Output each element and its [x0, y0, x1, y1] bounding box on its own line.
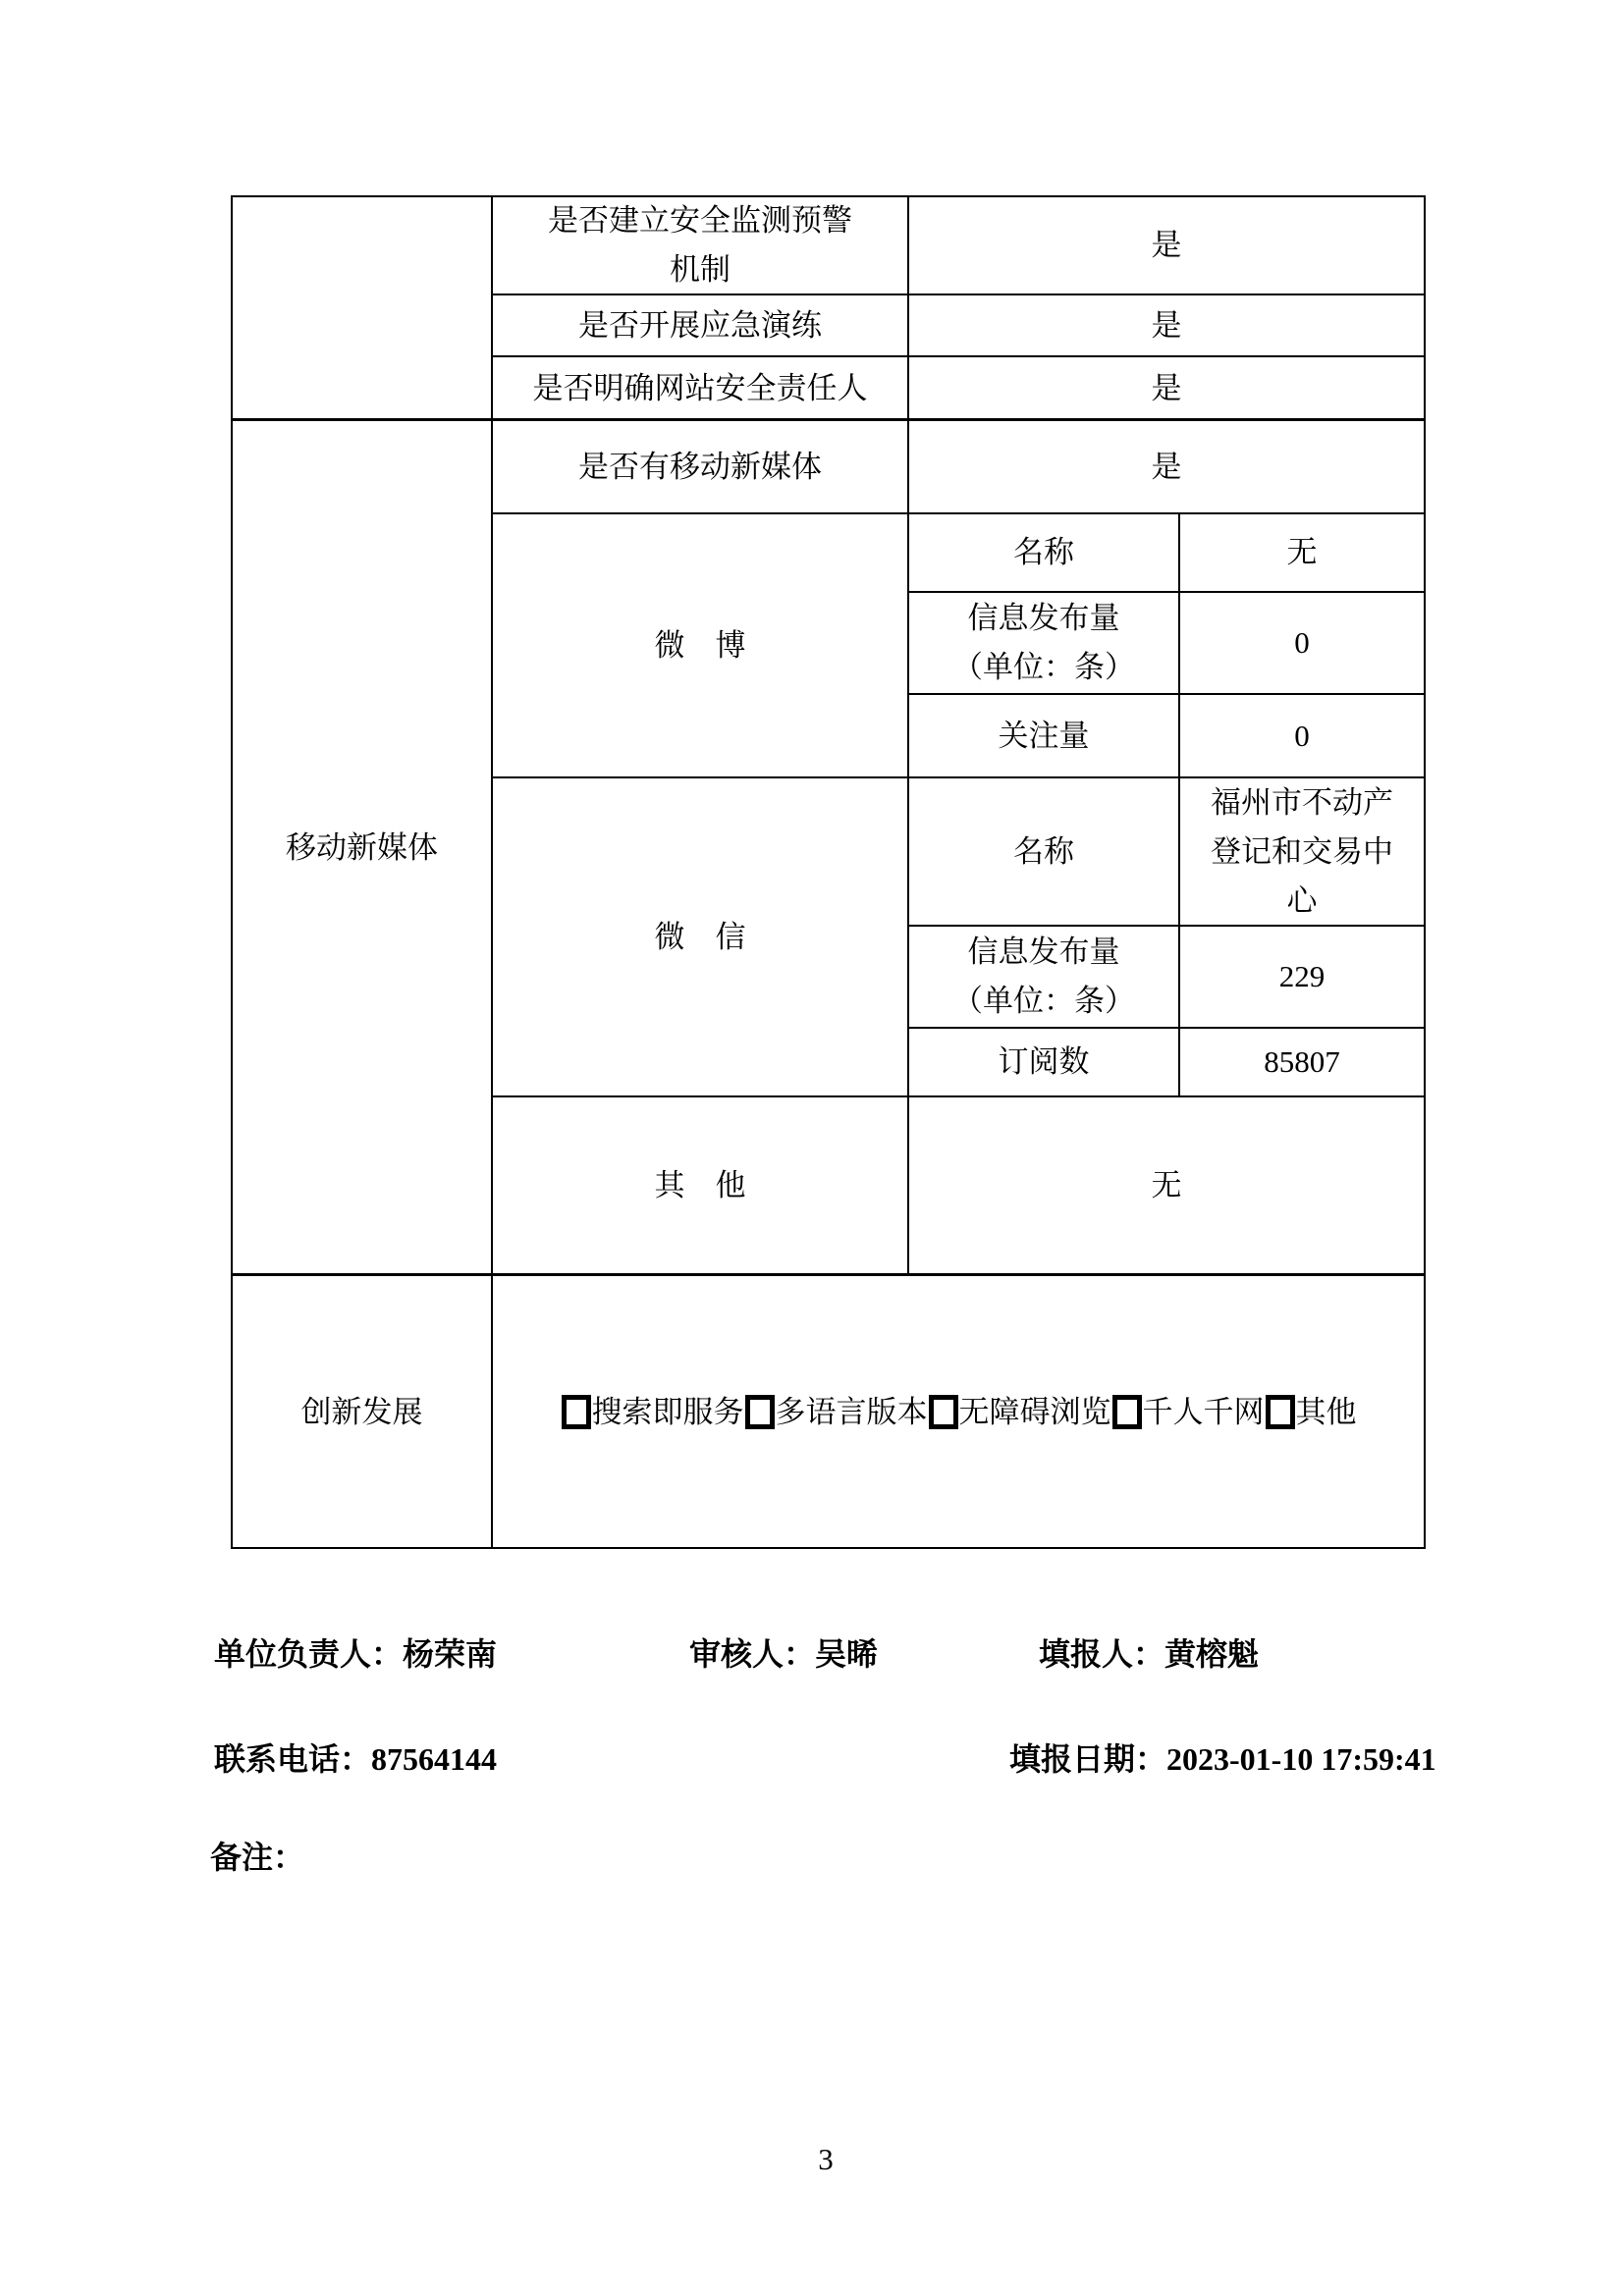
wechat-name-label: 名称 [908, 777, 1179, 926]
security-owner-label: 是否明确网站安全责任人 [492, 356, 908, 420]
innovation-option-label: 其他 [1296, 1388, 1357, 1437]
checkbox-icon [1266, 1395, 1295, 1429]
security-owner-value: 是 [908, 356, 1425, 420]
has-mobile-media-value: 是 [908, 420, 1425, 513]
other-media-value: 无 [908, 1096, 1425, 1275]
weibo-posts-value: 0 [1179, 592, 1425, 694]
has-mobile-media-label: 是否有移动新媒体 [492, 420, 908, 513]
innovation-options-row: 搜索即服务 多语言版本 无障碍浏览 千人千网 其他 [492, 1275, 1425, 1604]
innovation-option-label: 搜索即服务 [592, 1388, 744, 1437]
mobile-media-group-label: 移动新媒体 [232, 420, 492, 1275]
weibo-name-label: 名称 [908, 513, 1179, 592]
checkbox-icon [745, 1395, 775, 1429]
wechat-label: 微 信 [492, 777, 908, 1096]
wechat-posts-label: 信息发布量 （单位：条） [908, 926, 1179, 1028]
reviewer: 审核人：吴晞 [689, 1634, 878, 1674]
weibo-label: 微 博 [492, 513, 908, 777]
contact-phone: 联系电话：87564144 [214, 1739, 497, 1779]
weibo-posts-label: 信息发布量 （单位：条） [908, 592, 1179, 694]
document-page: 是否建立安全监测预警 机制 是 是否开展应急演练 是 是否明确网站安全责任人 是… [0, 0, 1624, 2296]
emergency-drill-label: 是否开展应急演练 [492, 294, 908, 356]
fill-date: 填报日期：2023-01-10 17:59:41 [1009, 1739, 1436, 1779]
innovation-option-label: 无障碍浏览 [959, 1388, 1111, 1437]
unit-head: 单位负责人：杨荣南 [214, 1634, 497, 1674]
emergency-drill-value: 是 [908, 294, 1425, 356]
wechat-subscribers-value: 85807 [1179, 1028, 1425, 1096]
wechat-posts-value: 229 [1179, 926, 1425, 1028]
weibo-followers-label: 关注量 [908, 694, 1179, 777]
innovation-group-label: 创新发展 [232, 1275, 492, 1549]
wechat-subscribers-label: 订阅数 [908, 1028, 1179, 1096]
remark-label: 备注： [210, 1838, 304, 1877]
checkbox-icon [1112, 1395, 1142, 1429]
page-number: 3 [14, 2142, 1624, 2177]
checkbox-icon [929, 1395, 958, 1429]
innovation-option-label: 千人千网 [1143, 1388, 1265, 1437]
other-media-label: 其 他 [492, 1096, 908, 1275]
security-monitor-label: 是否建立安全监测预警 机制 [492, 196, 908, 294]
innovation-option-label: 多语言版本 [776, 1388, 928, 1437]
checkbox-icon [562, 1395, 591, 1429]
filler: 填报人：黄榕魁 [1039, 1634, 1259, 1674]
weibo-name-value: 无 [1179, 513, 1425, 592]
weibo-followers-value: 0 [1179, 694, 1425, 777]
security-monitor-value: 是 [908, 196, 1425, 294]
wechat-name-value: 福州市不动产 登记和交易中 心 [1179, 777, 1425, 926]
